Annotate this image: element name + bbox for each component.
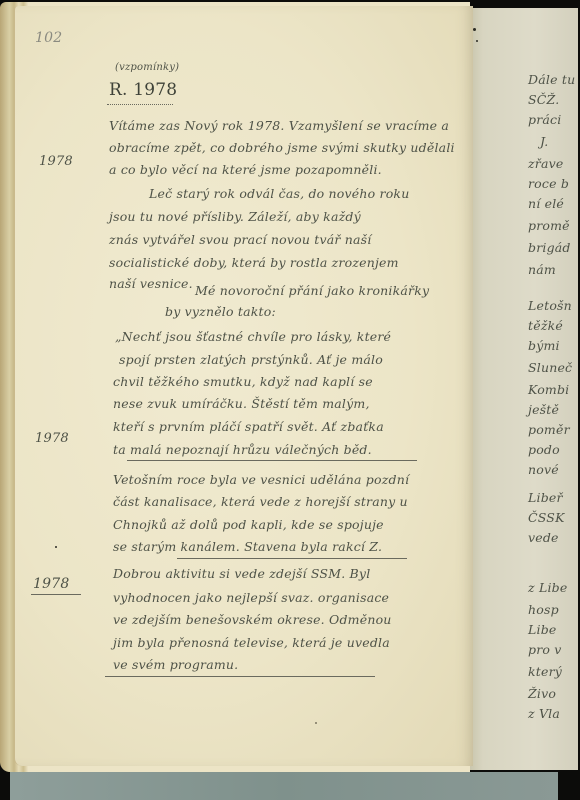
ink-speck	[55, 546, 57, 548]
right-page-fragment: podo	[528, 442, 560, 457]
right-page-fragment: který	[528, 664, 562, 679]
text-line: ve zdejším benešovském okrese. Odměnou	[113, 612, 392, 627]
right-page-fragment: Letošn	[528, 298, 572, 313]
right-page-fragment: SČŽ.	[528, 92, 559, 107]
right-page-fragment: z Vla	[528, 706, 560, 721]
right-page-fragment: brigád	[528, 240, 571, 255]
right-page-fragment: poměr	[528, 422, 570, 437]
text-line: Vítáme zas Nový rok 1978. Vzamyšlení se …	[109, 118, 449, 133]
ink-speck	[473, 28, 476, 31]
text-line: se starým kanálem. Stavena byla rakcí Z.	[113, 539, 382, 554]
text-line: Dobrou aktivitu si vede zdejší SSM. Byl	[113, 566, 370, 581]
right-page-fragment: Libe	[528, 622, 557, 637]
right-page-fragment: práci	[528, 112, 561, 127]
text-line: znás vytvářel svou prací novou tvář naší	[109, 232, 372, 247]
text-line: chvil těžkého smutku, když nad kaplí se	[113, 374, 373, 389]
right-page-fragment: J.	[540, 134, 548, 149]
right-page-fragment: Libeř	[528, 490, 563, 505]
text-line: Mé novoroční přání jako kronikářky	[195, 283, 429, 298]
text-line: spojí prsten zlatých prstýnků. Ať je mál…	[119, 352, 383, 367]
right-page-fragment: Živo	[528, 686, 556, 701]
right-page-fragment: Dále tu	[528, 72, 575, 87]
text-line: nese zvuk umíráčku. Štěstí těm malým,	[113, 396, 370, 411]
right-page-fragment: ČSSK	[528, 510, 565, 525]
right-page-fragment: hosp	[528, 602, 559, 617]
section-divider	[105, 676, 375, 677]
text-line: by vyznělo takto:	[165, 304, 276, 319]
margin-year: 1978	[35, 431, 69, 446]
right-page-fragment: ještě	[528, 402, 559, 417]
right-page-fragment: bými	[528, 338, 560, 353]
text-line: obracíme zpět, co dobrého jsme svými sku…	[109, 140, 455, 155]
right-page-fragment: pro v	[528, 642, 562, 657]
right-page: Dále tuSČŽ.práciJ.zřaveroce bní elépromě…	[470, 8, 578, 770]
right-page-fragment: těžké	[528, 318, 563, 333]
right-page-fragment: roce b	[528, 176, 569, 191]
text-line: ve svém programu.	[113, 657, 238, 672]
margin-underline	[31, 594, 81, 595]
right-page-fragment: nám	[528, 262, 556, 277]
right-page-fragment: z Libe	[528, 580, 567, 595]
right-page-fragment: nové	[528, 462, 559, 477]
text-line: část kanalisace, která vede z horejší st…	[113, 494, 408, 509]
margin-year: 1978	[33, 576, 69, 592]
section-divider	[177, 558, 407, 559]
text-line: kteří s prvním pláčí spatří svět. Ať zba…	[113, 419, 384, 434]
text-line: socialistické doby, která by rostla zroz…	[109, 255, 399, 270]
right-page-fragment: zřave	[528, 156, 563, 171]
text-line: ta malá nepoznají hrůzu válečných běd.	[113, 442, 372, 457]
right-page-fragment: ní elé	[528, 196, 564, 211]
text-line: jim byla přenosná televise, která je uve…	[113, 635, 390, 650]
header-note: (vzpomínky)	[115, 62, 179, 73]
margin-year: 1978	[39, 154, 73, 169]
page-number: 102	[35, 30, 62, 46]
text-line: naší vesnice.	[109, 276, 193, 291]
section-heading: R. 1978	[109, 80, 177, 100]
right-page-fragment: promě	[528, 218, 570, 233]
text-line: Leč starý rok odvál čas, do nového roku	[149, 186, 409, 201]
heading-underline	[107, 104, 173, 106]
text-line: vyhodnocen jako nejlepší svaz. organisac…	[113, 590, 389, 605]
right-page-fragment: Sluneč	[528, 360, 572, 375]
right-page-fragment: Kombi	[528, 382, 569, 397]
text-line: „Nechť jsou šťastné chvíle pro lásky, kt…	[115, 329, 391, 344]
text-line: Vetošním roce byla ve vesnici udělána po…	[113, 472, 409, 487]
ink-speck	[476, 40, 478, 42]
text-line: a co bylo věcí na které jsme pozapomněli…	[109, 162, 382, 177]
ink-speck	[315, 722, 317, 724]
left-page: 102 (vzpomínky) R. 1978 1978 1978 1978 V…	[14, 6, 473, 766]
right-page-fragment: vede	[528, 530, 559, 545]
section-divider	[127, 460, 417, 461]
text-line: Chnojků až dolů pod kapli, kde se spojuj…	[113, 517, 384, 532]
scanner-glass	[10, 772, 558, 800]
text-line: jsou tu nové přísliby. Záleží, aby každý	[109, 209, 361, 224]
